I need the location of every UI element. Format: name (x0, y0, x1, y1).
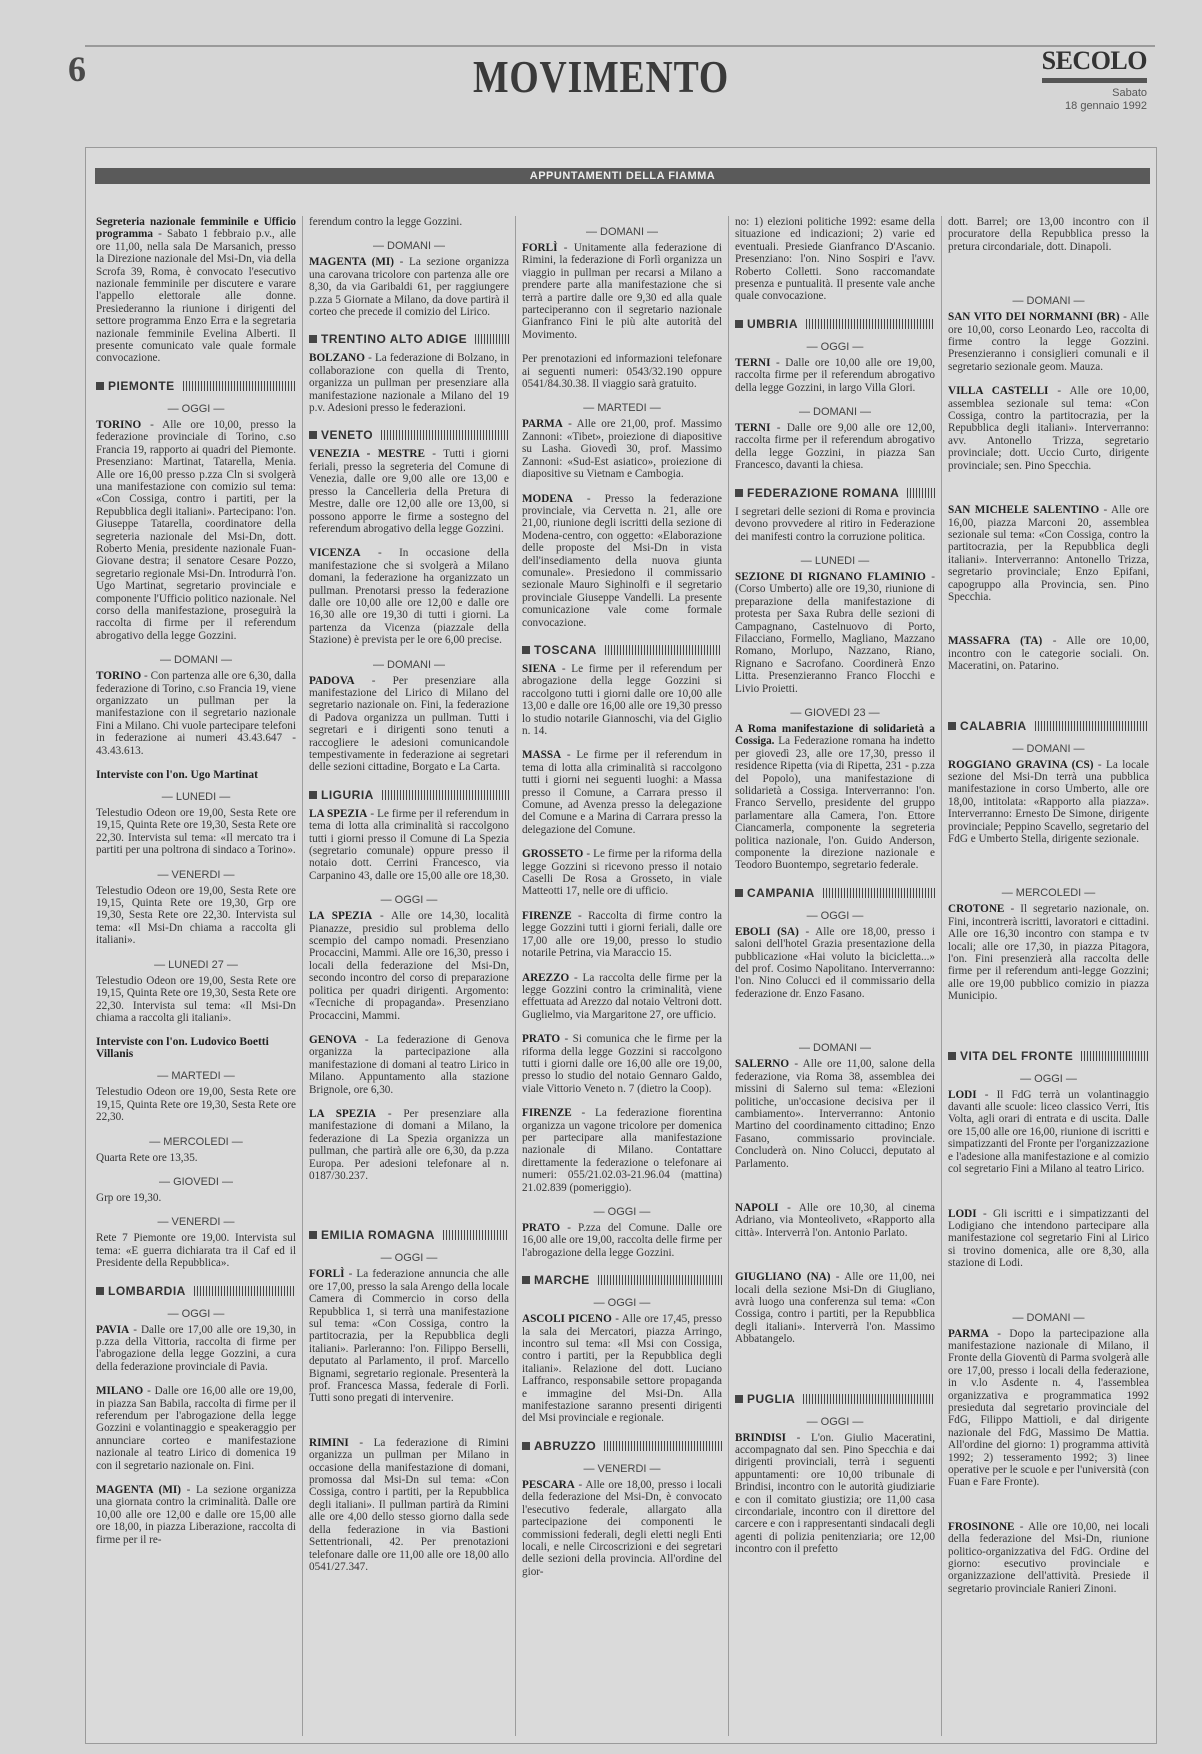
square-bullet-icon (735, 489, 743, 497)
day-label: — DOMANI — (948, 295, 1149, 307)
announcement-text: - Il segretario nazionale, on. Fini, inc… (948, 903, 1149, 1002)
spacer (735, 1251, 935, 1271)
top-rule (85, 45, 1155, 47)
announcement-text: - Tutti i giorni feriali, presso la segr… (309, 448, 509, 534)
square-bullet-icon (948, 1052, 956, 1060)
section-banner: APPUNTAMENTI DELLA FIAMMA (95, 168, 1150, 184)
hatch-rule (823, 888, 935, 898)
announcement-location: SIENA (522, 663, 556, 675)
spacer (309, 1194, 509, 1214)
announcement: EBOLI (SA) - Alle ore 18,00, presso i sa… (735, 926, 935, 1000)
announcement: Telestudio Odeon ore 19,00, Sesta Rete o… (96, 1086, 296, 1123)
announcement-location: TERNI (735, 357, 770, 369)
announcement-location: EBOLI (SA) (735, 926, 799, 938)
region-header: PUGLIA (735, 1392, 935, 1406)
announcement-location: VENEZIA - MESTRE (309, 448, 425, 460)
square-bullet-icon (522, 1276, 530, 1284)
announcement: Per prenotazioni ed informazioni telefon… (522, 353, 722, 390)
subheading: Interviste con l'on. Ugo Martinat (96, 769, 296, 781)
column: Segreteria nazionale femminile e Ufficio… (90, 216, 303, 1736)
day-label: — DOMANI — (309, 659, 509, 671)
announcement-location: PAVIA (96, 1324, 129, 1336)
announcement: LODI - Gli iscritti e i simpatizzanti de… (948, 1208, 1149, 1270)
announcement: CROTONE - Il segretario nazionale, on. F… (948, 903, 1149, 1002)
announcement-location: MASSA (522, 749, 561, 761)
day-label: — DOMANI — (309, 240, 509, 252)
announcement-location: FROSINONE (948, 1521, 1015, 1533)
announcement-location: ROGGIANO GRAVINA (CS) (948, 759, 1093, 771)
day-label: — DOMANI — (948, 743, 1149, 755)
announcement-location: VICENZA (309, 547, 361, 559)
announcement: GROSSETO - Le firme per la riforma della… (522, 848, 722, 898)
spacer (735, 1182, 935, 1202)
column: dott. Barrel; ore 13,00 incontro con il … (942, 216, 1155, 1736)
hatch-rule (183, 381, 296, 391)
announcement: no: 1) elezioni politiche 1992: esame de… (735, 216, 935, 303)
day-label: — VENERDI — (522, 1463, 722, 1475)
announcement-text: - Alle ore 10,00, presso la federazione … (96, 419, 296, 642)
day-label: — OGGI — (735, 341, 935, 353)
day-label: — OGGI — (96, 1308, 296, 1320)
announcement-location: FIRENZE (522, 1107, 572, 1119)
announcement: TORINO - Con partenza alle ore 6,30, dal… (96, 670, 296, 757)
subheading: Interviste con l'on. Ludovico Boetti Vil… (96, 1036, 296, 1060)
day-label: — OGGI — (522, 1206, 722, 1218)
announcement: ASCOLI PICENO - Alle ore 17,45, presso l… (522, 1313, 722, 1425)
announcement-text: Telestudio Odeon ore 19,00, Sesta Rete o… (96, 885, 296, 947)
announcement-text: - Il FdG terrà un volantinaggio davanti … (948, 1089, 1149, 1175)
announcement-location: SAN MICHELE SALENTINO (948, 504, 1099, 516)
announcement: FORLÌ - La federazione annuncia che alle… (309, 1268, 509, 1404)
announcement-location: MILANO (96, 1385, 143, 1397)
announcement: AREZZO - La raccolta delle firme per la … (522, 972, 722, 1022)
announcement-text: - Alle ore 17,45, presso la sala dei Mer… (522, 1313, 722, 1424)
page-number: 6 (68, 48, 86, 90)
announcement-location: MASSAFRA (TA) (948, 635, 1042, 647)
announcement: LA SPEZIA - Alle ore 14,30, località Pia… (309, 910, 509, 1022)
column: no: 1) elezioni politiche 1992: esame de… (729, 216, 942, 1736)
day-label: — OGGI — (309, 894, 509, 906)
section-title: MOVIMENTO (108, 50, 1094, 103)
square-bullet-icon (735, 1395, 743, 1403)
announcement: PESCARA - Alle ore 18,00, presso i local… (522, 1479, 722, 1578)
region-header: TOSCANA (522, 643, 722, 657)
announcement: GIUGLIANO (NA) - Alle ore 11,00, nei loc… (735, 1271, 935, 1345)
announcement-location: PRATO (522, 1222, 560, 1234)
spacer (735, 1358, 935, 1378)
announcement-location: GROSSETO (522, 848, 583, 860)
announcement: SIENA - Le firme per il referendum per a… (522, 663, 722, 737)
announcement: SALERNO - Alle ore 11,00, salone della f… (735, 1058, 935, 1170)
announcement: BRINDISI - L'on. Giulio Maceratini, acco… (735, 1432, 935, 1556)
region-name: VENETO (321, 428, 373, 442)
announcement: TERNI - Dalle ore 9,00 alle ore 12,00, r… (735, 422, 935, 472)
day-label: — DOMANI — (735, 1042, 935, 1054)
announcement-location: FORLÌ (522, 242, 557, 254)
issue-date: 18 gennaio 1992 (1042, 100, 1147, 113)
announcement-text: - Gli iscritti e i simpatizzanti del Lod… (948, 1208, 1149, 1270)
announcement-text: - Dopo la partecipazione alla manifestaz… (948, 1328, 1149, 1489)
announcement: TERNI - Dalle ore 10,00 alle ore 19,00, … (735, 357, 935, 394)
announcement-text: Per prenotazioni ed informazioni telefon… (522, 353, 722, 390)
square-bullet-icon (309, 1231, 317, 1239)
announcement-location: LODI (948, 1089, 977, 1101)
announcement: PAVIA - Dalle ore 17,00 alle ore 19,30, … (96, 1324, 296, 1374)
region-header: FEDERAZIONE ROMANA (735, 486, 935, 500)
announcement: MASSA - Le firme per il referendum in te… (522, 749, 722, 836)
region-name: ABRUZZO (534, 1439, 596, 1453)
announcement-location: SAN VITO DEI NORMANNI (BR) (948, 311, 1120, 323)
region-name: PIEMONTE (108, 379, 175, 393)
announcement-location: FORLÌ (309, 1268, 344, 1280)
announcement: LODI - Il FdG terrà un volantinaggio dav… (948, 1089, 1149, 1176)
announcement-location: TORINO (96, 419, 141, 431)
region-name: VITA DEL FRONTE (960, 1049, 1073, 1063)
announcement: I segretari delle sezioni di Roma e prov… (735, 506, 935, 543)
announcement: PARMA - Dopo la partecipazione alla mani… (948, 1328, 1149, 1489)
announcement-text: - Le firme per il referendum in tema di … (522, 749, 722, 835)
square-bullet-icon (309, 791, 317, 799)
announcement: LA SPEZIA - Le firme per il referendum i… (309, 808, 509, 882)
announcement: Telestudio Odeon ore 19,00, Sesta Rete o… (96, 975, 296, 1025)
region-header: CAMPANIA (735, 886, 935, 900)
hatch-rule (1035, 721, 1149, 731)
masthead: 6 MOVIMENTO SECOLO Sabato 18 gennaio 199… (0, 0, 1202, 140)
square-bullet-icon (309, 335, 317, 343)
square-bullet-icon (96, 382, 104, 390)
announcement-location: ASCOLI PICENO (522, 1313, 612, 1325)
announcement: MODENA - Presso la federazione provincia… (522, 493, 722, 629)
announcement-text: dott. Barrel; ore 13,00 incontro con il … (948, 216, 1149, 253)
region-name: LOMBARDIA (108, 1284, 186, 1298)
spacer (735, 1012, 935, 1032)
announcement: dott. Barrel; ore 13,00 incontro con il … (948, 216, 1149, 253)
announcement-location: LODI (948, 1208, 977, 1220)
announcement-location: LA SPEZIA (309, 910, 372, 922)
announcement-text: - L'on. Giulio Maceratini, accompagnato … (735, 1432, 935, 1556)
announcement: PRATO - Si comunica che le firme per la … (522, 1033, 722, 1095)
day-label: — LUNEDI 27 — (96, 959, 296, 971)
announcement-location: PARMA (522, 418, 563, 430)
square-bullet-icon (96, 1287, 104, 1295)
article-columns: Segreteria nazionale femminile e Ufficio… (90, 216, 1155, 1736)
announcement-location: BRINDISI (735, 1432, 786, 1444)
day-label: — OGGI — (96, 403, 296, 415)
hatch-rule (907, 488, 935, 498)
announcement: VICENZA - In occasione della manifestazi… (309, 547, 509, 646)
announcement: Grp ore 19,30. (96, 1192, 296, 1204)
announcement: Telestudio Odeon ore 19,00, Sesta Rete o… (96, 885, 296, 947)
announcement-location: PESCARA (522, 1479, 575, 1491)
announcement-text: La Federazione romana ha indetto per gio… (735, 735, 935, 871)
announcement: Segreteria nazionale femminile e Ufficio… (96, 216, 296, 365)
announcement-text: I segretari delle sezioni di Roma e prov… (735, 506, 935, 543)
announcement: SEZIONE DI RIGNANO FLAMINIO - (Corso Umb… (735, 571, 935, 695)
announcement-location: LA SPEZIA (309, 808, 367, 820)
announcement-text: - Alle ore 10,00, assemblea sezionale su… (948, 385, 1149, 471)
day-label: — OGGI — (735, 1416, 935, 1428)
hatch-rule (598, 1275, 722, 1285)
announcement-location: MAGENTA (MI) (96, 1484, 181, 1496)
square-bullet-icon (735, 320, 743, 328)
announcement-text: Grp ore 19,30. (96, 1192, 161, 1204)
announcement-location: BOLZANO (309, 352, 365, 364)
announcement-location: LA SPEZIA (309, 1108, 376, 1120)
announcement-text: Telestudio Odeon ore 19,00, Sesta Rete o… (96, 807, 296, 856)
announcement-text: - Dalle ore 16,00 alle ore 19,00, in pia… (96, 1385, 296, 1471)
announcement-text: ferendum contro la legge Gozzini. (309, 216, 462, 228)
square-bullet-icon (948, 722, 956, 730)
hatch-rule (475, 334, 509, 344)
hatch-rule (381, 430, 509, 440)
region-name: TRENTINO ALTO ADIGE (321, 332, 467, 346)
announcement-text: - Alle ore 16,00, piazza Marconi 20, ass… (948, 504, 1149, 603)
spacer (948, 615, 1149, 635)
announcement: VILLA CASTELLI - Alle ore 10,00, assembl… (948, 385, 1149, 472)
announcement-location: VILLA CASTELLI (948, 385, 1048, 397)
paper-logo: SECOLO (1042, 46, 1147, 76)
announcement-text: - La locale sezione del Msi-Dn terrà una… (948, 759, 1149, 845)
announcement-location: NAPOLI (735, 1202, 779, 1214)
day-label: — VENERDI — (96, 869, 296, 881)
announcement-location: MODENA (522, 493, 573, 505)
day-label: — VENERDI — (96, 1216, 296, 1228)
hatch-rule (443, 1230, 509, 1240)
announcement-text: no: 1) elezioni politiche 1992: esame de… (735, 216, 935, 302)
hatch-rule (605, 645, 722, 655)
hatch-rule (803, 1394, 935, 1404)
day-label: — OGGI — (522, 1297, 722, 1309)
day-label: — MERCOLEDI — (948, 887, 1149, 899)
announcement-text: - Per presenziare alla manifestazione de… (309, 675, 509, 774)
announcement-text: - La federazione fiorentina organizza un… (522, 1107, 722, 1193)
region-header: MARCHE (522, 1273, 722, 1287)
region-header: TRENTINO ALTO ADIGE (309, 332, 509, 346)
hatch-rule (194, 1286, 296, 1296)
spacer (948, 1188, 1149, 1208)
announcement: FIRENZE - Raccolta di firme contro la le… (522, 910, 722, 960)
announcement-text: - Alle ore 18,00, presso i locali della … (522, 1479, 722, 1578)
announcement: MAGENTA (MI) - La sezione organizza una … (96, 1484, 296, 1546)
hatch-rule (382, 790, 509, 800)
hatch-rule (604, 1441, 722, 1451)
region-header: UMBRIA (735, 317, 935, 331)
day-label: — LUNEDI — (735, 555, 935, 567)
paper-brand: SECOLO Sabato 18 gennaio 1992 (1042, 46, 1147, 113)
spacer (948, 1282, 1149, 1302)
announcement: Rete 7 Piemonte ore 19,00. Intervista su… (96, 1232, 296, 1269)
day-label: — GIOVEDI — (96, 1176, 296, 1188)
announcement: FROSINONE - Alle ore 10,00, nei locali d… (948, 1521, 1149, 1595)
announcement-text: Rete 7 Piemonte ore 19,00. Intervista su… (96, 1232, 296, 1269)
spacer (948, 685, 1149, 705)
region-header: LOMBARDIA (96, 1284, 296, 1298)
spacer (948, 857, 1149, 877)
announcement-location: TERNI (735, 422, 770, 434)
logo-underline (1042, 78, 1147, 83)
announcement: SAN MICHELE SALENTINO - Alle ore 16,00, … (948, 504, 1149, 603)
announcement-location: FIRENZE (522, 910, 572, 922)
announcement-text: - Unitamente alla federazione di Rimini,… (522, 242, 722, 341)
region-name: FEDERAZIONE ROMANA (747, 486, 899, 500)
announcement-location: GIUGLIANO (NA) (735, 1271, 830, 1283)
day-label: — LUNEDI — (96, 791, 296, 803)
announcement: PADOVA - Per presenziare alla manifestaz… (309, 675, 509, 774)
announcement: LA SPEZIA - Per presenziare alla manifes… (309, 1108, 509, 1182)
region-header: LIGURIA (309, 788, 509, 802)
announcement: Quarta Rete ore 13,35. (96, 1152, 296, 1164)
announcement-text: - Alle ore 14,30, località Pianazze, pre… (309, 910, 509, 1021)
region-name: CALABRIA (960, 719, 1027, 733)
hatch-rule (1081, 1051, 1149, 1061)
region-name: MARCHE (534, 1273, 590, 1287)
column: — DOMANI —FORLÌ - Unitamente alla federa… (516, 216, 729, 1736)
announcement: MASSAFRA (TA) - Alle ore 10,00, incontro… (948, 635, 1149, 672)
announcement: MAGENTA (MI) - La sezione organizza una … (309, 256, 509, 318)
day-label: — DOMANI — (948, 1312, 1149, 1324)
spacer (948, 484, 1149, 504)
announcement-text: - Alle ore 11,00, salone della federazio… (735, 1058, 935, 1169)
region-name: CAMPANIA (747, 886, 815, 900)
announcement: A Roma manifestazione di solidarietà a C… (735, 723, 935, 872)
announcement-location: CROTONE (948, 903, 1004, 915)
announcement-text: - La federazione di Rimini organizza un … (309, 1437, 509, 1573)
announcement-location: RIMINI (309, 1437, 349, 1449)
day-label: — MARTEDI — (522, 402, 722, 414)
announcement: NAPOLI - Alle ore 10,30, al cinema Adria… (735, 1202, 935, 1239)
announcement-text: Telestudio Odeon ore 19,00, Sesta Rete o… (96, 1086, 296, 1123)
spacer (948, 265, 1149, 285)
region-header: ABRUZZO (522, 1439, 722, 1453)
region-header: VENETO (309, 428, 509, 442)
announcement: PRATO - P.zza del Comune. Dalle ore 16,0… (522, 1222, 722, 1259)
region-header: PIEMONTE (96, 379, 296, 393)
announcement-location: PRATO (522, 1033, 560, 1045)
issue-day: Sabato (1042, 87, 1147, 100)
spacer (309, 1417, 509, 1437)
announcement-text: - (Corso Umberto) alle ore 19,30, riunio… (735, 571, 935, 695)
day-label: — DOMANI — (735, 406, 935, 418)
announcement-text: - Con partenza alle ore 6,30, dalla fede… (96, 670, 296, 756)
announcement-text: - Presso la federazione provinciale, via… (522, 493, 722, 629)
region-header: CALABRIA (948, 719, 1149, 733)
announcement: GENOVA - La federazione di Genova organi… (309, 1034, 509, 1096)
announcement: FIRENZE - La federazione fiorentina orga… (522, 1107, 722, 1194)
announcement-location: PARMA (948, 1328, 989, 1340)
announcement-location: SALERNO (735, 1058, 789, 1070)
day-label: — OGGI — (948, 1073, 1149, 1085)
announcement-location: PADOVA (309, 675, 355, 687)
announcement-text: Telestudio Odeon ore 19,00, Sesta Rete o… (96, 975, 296, 1024)
announcement: ferendum contro la legge Gozzini. (309, 216, 509, 228)
region-header: VITA DEL FRONTE (948, 1049, 1149, 1063)
square-bullet-icon (309, 431, 317, 439)
spacer (948, 1501, 1149, 1521)
announcement-location: GENOVA (309, 1034, 357, 1046)
region-header: EMILIA ROMAGNA (309, 1228, 509, 1242)
announcement-text: Quarta Rete ore 13,35. (96, 1152, 198, 1164)
square-bullet-icon (522, 646, 530, 654)
announcement-location: AREZZO (522, 972, 569, 984)
day-label: — OGGI — (735, 910, 935, 922)
announcement-location: TORINO (96, 670, 141, 682)
announcement: Telestudio Odeon ore 19,00, Sesta Rete o… (96, 807, 296, 857)
announcement: BOLZANO - La federazione di Bolzano, in … (309, 352, 509, 414)
announcement-text: - La federazione annuncia che alle ore 1… (309, 1268, 509, 1404)
announcement: TORINO - Alle ore 10,00, presso la feder… (96, 419, 296, 642)
announcement: SAN VITO DEI NORMANNI (BR) - Alle ore 10… (948, 311, 1149, 373)
region-name: EMILIA ROMAGNA (321, 1228, 435, 1242)
region-name: PUGLIA (747, 1392, 795, 1406)
region-name: TOSCANA (534, 643, 597, 657)
region-name: LIGURIA (321, 788, 374, 802)
day-label: — DOMANI — (96, 654, 296, 666)
day-label: — GIOVEDI 23 — (735, 707, 935, 719)
day-label: — MERCOLEDI — (96, 1136, 296, 1148)
square-bullet-icon (735, 889, 743, 897)
day-label: — OGGI — (309, 1252, 509, 1264)
announcement: FORLÌ - Unitamente alla federazione di R… (522, 242, 722, 341)
day-label: — MARTEDI — (96, 1070, 296, 1082)
region-name: UMBRIA (747, 317, 798, 331)
spacer (948, 1015, 1149, 1035)
announcement: PARMA - Alle ore 21,00, prof. Massimo Za… (522, 418, 722, 480)
announcement-location: MAGENTA (MI) (309, 256, 394, 268)
announcement: VENEZIA - MESTRE - Tutti i giorni ferial… (309, 448, 509, 535)
announcement: ROGGIANO GRAVINA (CS) - La locale sezion… (948, 759, 1149, 846)
day-label: — DOMANI — (522, 226, 722, 238)
announcement-location: SEZIONE DI RIGNANO FLAMINIO (735, 571, 926, 583)
announcement-text: - Sabato 1 febbraio p.v., alle ore 11,00… (96, 228, 296, 364)
column: ferendum contro la legge Gozzini.— DOMAN… (303, 216, 516, 1736)
hatch-rule (806, 319, 935, 329)
square-bullet-icon (522, 1442, 530, 1450)
announcement: MILANO - Dalle ore 16,00 alle ore 19,00,… (96, 1385, 296, 1472)
announcement: RIMINI - La federazione di Rimini organi… (309, 1437, 509, 1573)
announcement-text: - In occasione della manifestazione che … (309, 547, 509, 646)
